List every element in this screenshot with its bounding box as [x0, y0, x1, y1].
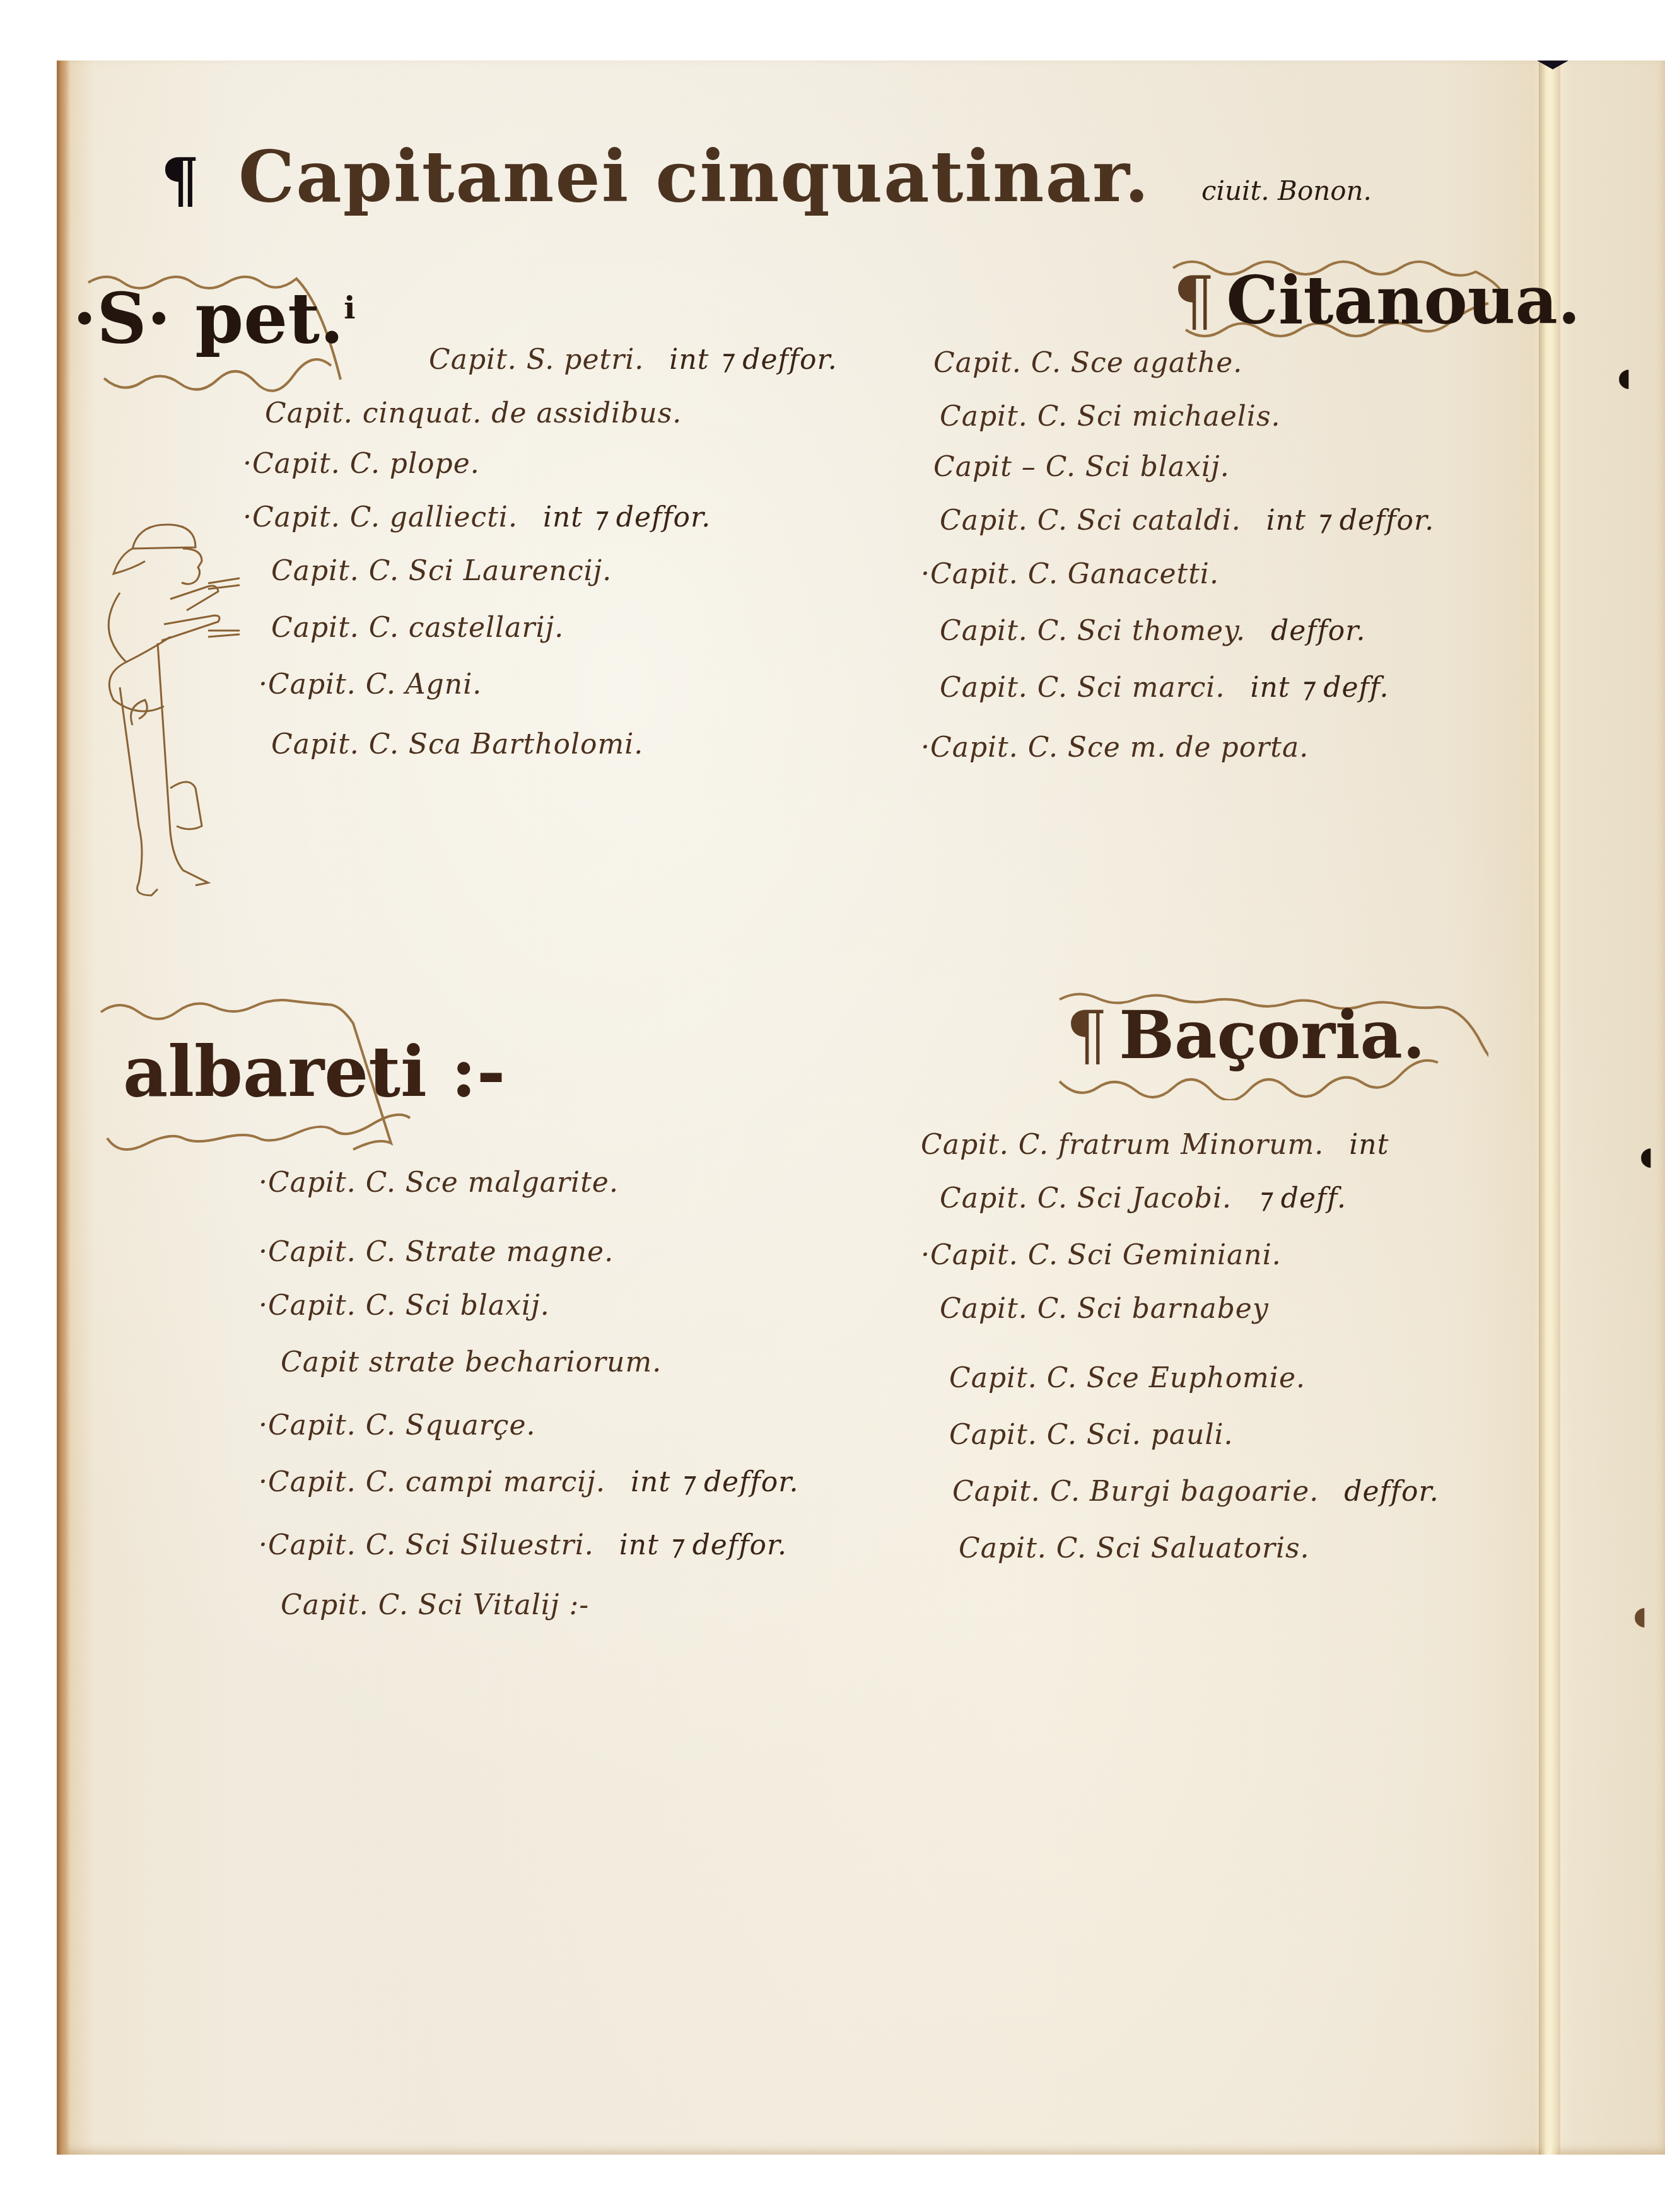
heading-text: Baçoria. [1119, 996, 1425, 1074]
list-item: Capit. C. Sci Jacobi.⁊ deff. [940, 1182, 1347, 1214]
list-item: ·Capit. C. plope. [243, 448, 505, 480]
heading-text: Citanoua. [1226, 262, 1580, 339]
heading-superscript: i [344, 291, 355, 326]
list-item: Capit. C. Sci barnabey [940, 1293, 1294, 1325]
binding-fold [1539, 61, 1560, 2155]
list-item: Capit. C. Sci michaelis. [940, 400, 1306, 433]
section-heading-citanova: ¶Citanoua. [1173, 262, 1580, 339]
list-item: Capit. C. Sci Saluatoris. [959, 1532, 1335, 1564]
list-item: ·Capit. C. Sci Siluestri.int ⁊ deffor. [259, 1529, 787, 1561]
list-item: ·Capit. C. campi marcij.int ⁊ deffor. [259, 1466, 798, 1498]
list-item: Capit. cinquat. de assidibus. [265, 397, 707, 429]
list-item: ·Capit. C. Ganacetti. [921, 558, 1244, 590]
pilcrow-icon: ¶ [1173, 262, 1215, 339]
pilcrow-icon: ¶ [1066, 997, 1107, 1074]
facing-page-mark: ◖ [1640, 1141, 1653, 1171]
list-item: Capit. C. Sci Vitalij :- [281, 1589, 614, 1621]
section-heading-albareti: albareti :- [123, 1031, 505, 1112]
pilcrow-icon: ¶ [161, 144, 201, 216]
facing-page-mark: ◖ [1618, 363, 1631, 392]
list-item: Capit. C. Sci thomey.deffor. [940, 615, 1365, 647]
page-edge [57, 61, 71, 2155]
list-item: Capit. C. Burgi bagoarie.deffor. [952, 1476, 1439, 1508]
list-item: ·Capit. C. galliecti.int ⁊ deffor. [243, 501, 711, 533]
section-heading-bazoria: ¶Baçoria. [1066, 996, 1425, 1074]
heading-text: albareti :- [123, 1031, 505, 1112]
marginal-figure-drawing [95, 523, 259, 914]
title-text: Capitanei cinquatinar. [238, 136, 1150, 218]
page-title: ¶Capitanei cinquatinar. [161, 136, 1150, 218]
list-item: ·Capit. C. Sci Geminiani. [921, 1239, 1307, 1271]
list-item: Capit. C. Sce agathe. [933, 347, 1268, 379]
list-item: Capit. C. Sca Bartholomi. [271, 728, 669, 760]
list-item: Capit. C. castellarij. [271, 612, 589, 644]
list-item: ·Capit. C. Sce m. de porta. [921, 731, 1334, 764]
list-item: ·Capit. C. Agni. [259, 668, 507, 701]
list-item: Capit. C. Sci marci.int ⁊ deff. [940, 672, 1389, 704]
list-item: Capit. C. fratrum Minorum.int [921, 1129, 1389, 1161]
list-item: Capit. S. petri.int ⁊ deffor. [429, 344, 838, 376]
list-item: Capit – C. Sci blaxij. [933, 451, 1255, 483]
list-item: ·Capit. C. Sce malgarite. [259, 1167, 644, 1199]
binding-gap [1537, 61, 1569, 69]
facing-page-mark: ◖ [1633, 1602, 1647, 1631]
list-item: Capit. C. Sci cataldi.int ⁊ deffor. [940, 504, 1434, 537]
list-item: Capit. C. Sci. pauli. [949, 1419, 1259, 1451]
list-item: ·Capit. C. Squarçe. [259, 1409, 561, 1441]
list-item: Capit. C. Sci Laurencij. [271, 555, 637, 587]
list-item: Capit. C. Sce Euphomie. [949, 1362, 1331, 1394]
heading-text: ·S· pet. [73, 277, 344, 359]
section-heading-s-petri: ·S· pet.i [73, 277, 356, 359]
list-item: ·Capit. C. Strate magne. [259, 1236, 639, 1268]
list-item: Capit strate bechariorum. [281, 1346, 687, 1378]
title-annotation: ciuit. Bonon. [1201, 175, 1372, 206]
list-item: ·Capit. C. Sci blaxij. [259, 1289, 575, 1322]
